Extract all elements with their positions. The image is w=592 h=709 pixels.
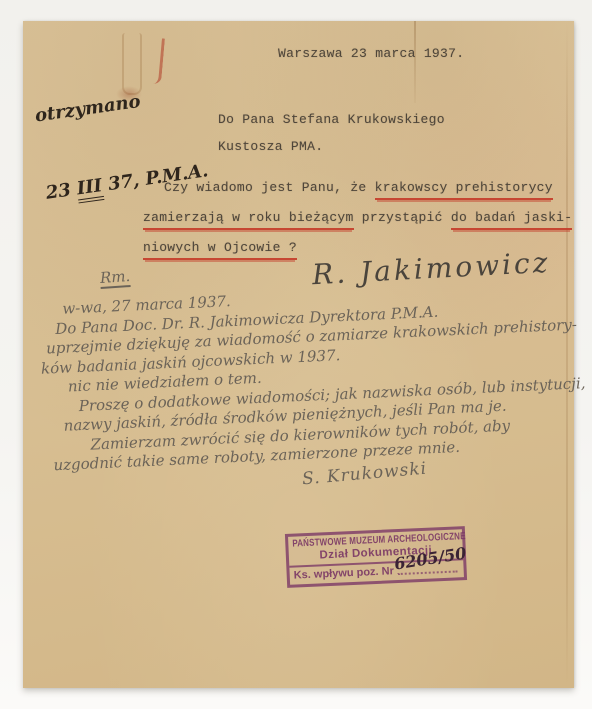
letter-body-line-1: Czy wiadomo jest Panu, że krakowscy preh… [164,180,553,195]
letter-body-line-3: niowych w Ojcowie ? [143,240,297,255]
stamp-entry-label: Ks. wpływu poz. Nr [293,565,394,581]
received-note-roman-month: III [76,175,104,203]
typed-dateline: Warszawa 23 marca 1937. [278,46,464,61]
addressee-line-1: Do Pana Stefana Krukowskiego [218,112,445,127]
reply-note: w-wa, 27 marca 1937. Do Pana Doc. Dr. R.… [34,277,581,477]
addressee-line-2: Kustosza PMA. [218,139,323,154]
margin-initials: Rm. [99,267,131,289]
letter-body-line-2: zamierzają w roku bieżącym przystąpić do… [143,210,572,225]
received-note: otrzymano 23 III 37, P.M.A. [26,29,213,232]
paper-crease [414,21,416,103]
received-note-word: otrzymano [33,81,199,130]
